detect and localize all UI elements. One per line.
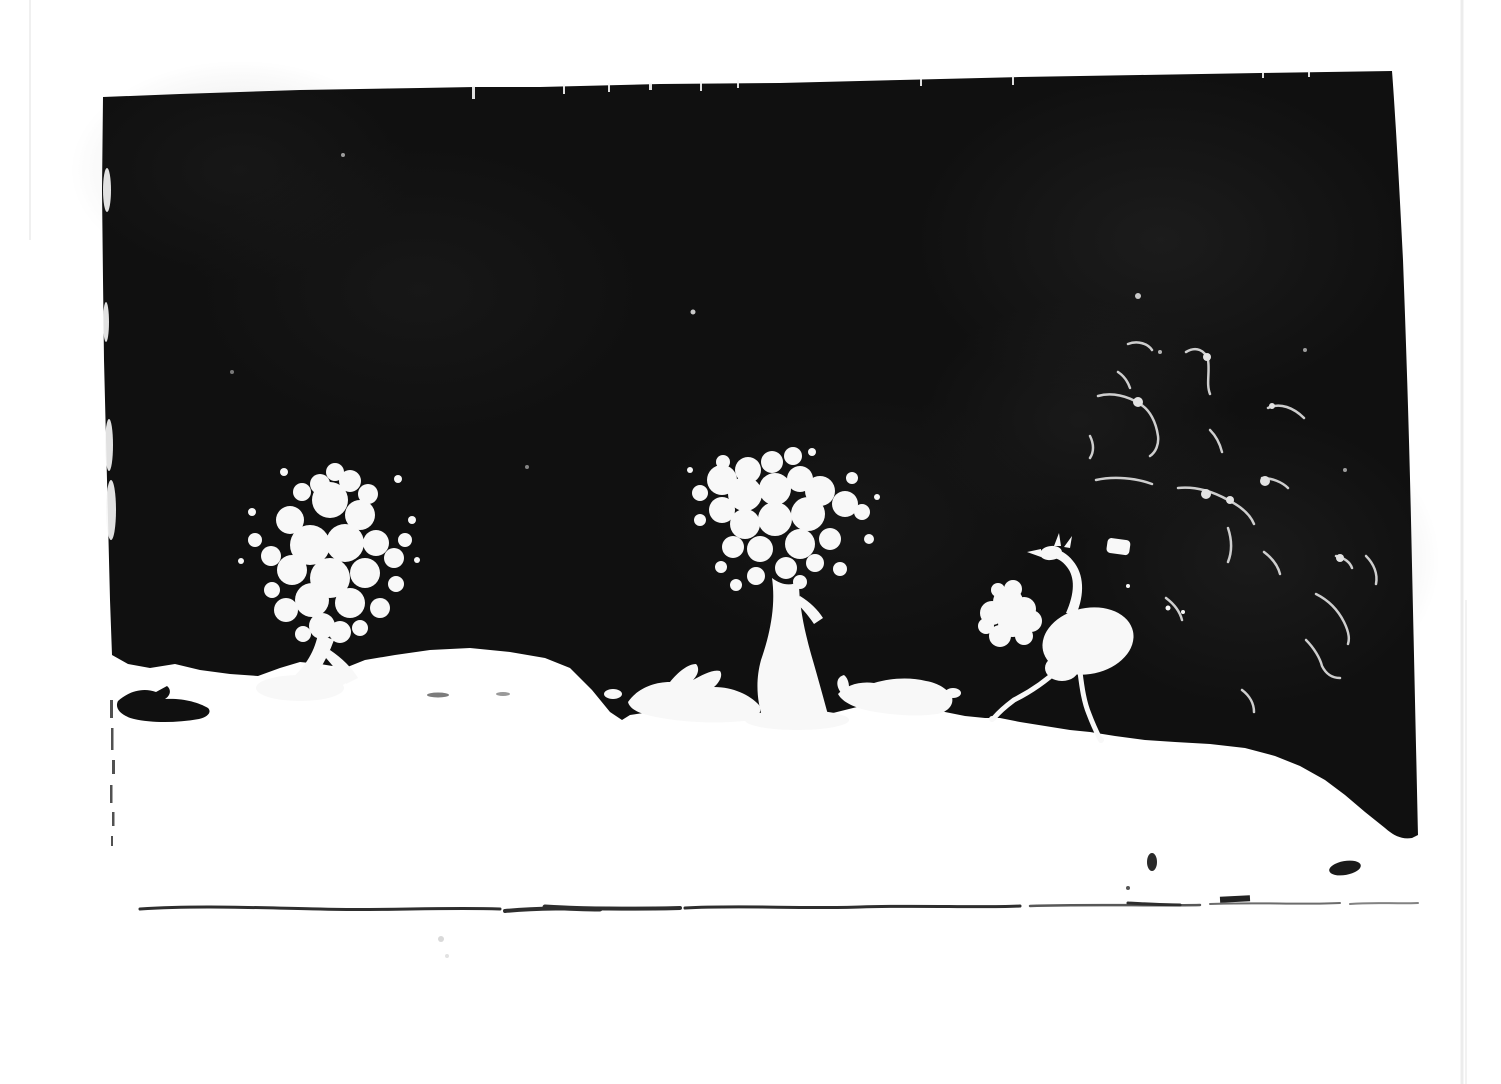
center-tree-base-flare (745, 710, 849, 730)
left-edge-streaks (110, 700, 115, 846)
artwork-photograph (0, 0, 1501, 1084)
dark-animal-on-ground (117, 686, 210, 722)
plate-bottom-edge-line (140, 903, 1418, 911)
photo-page (0, 0, 1501, 1084)
paper-speck (438, 936, 444, 942)
ostrich-head-blob (1106, 538, 1131, 556)
